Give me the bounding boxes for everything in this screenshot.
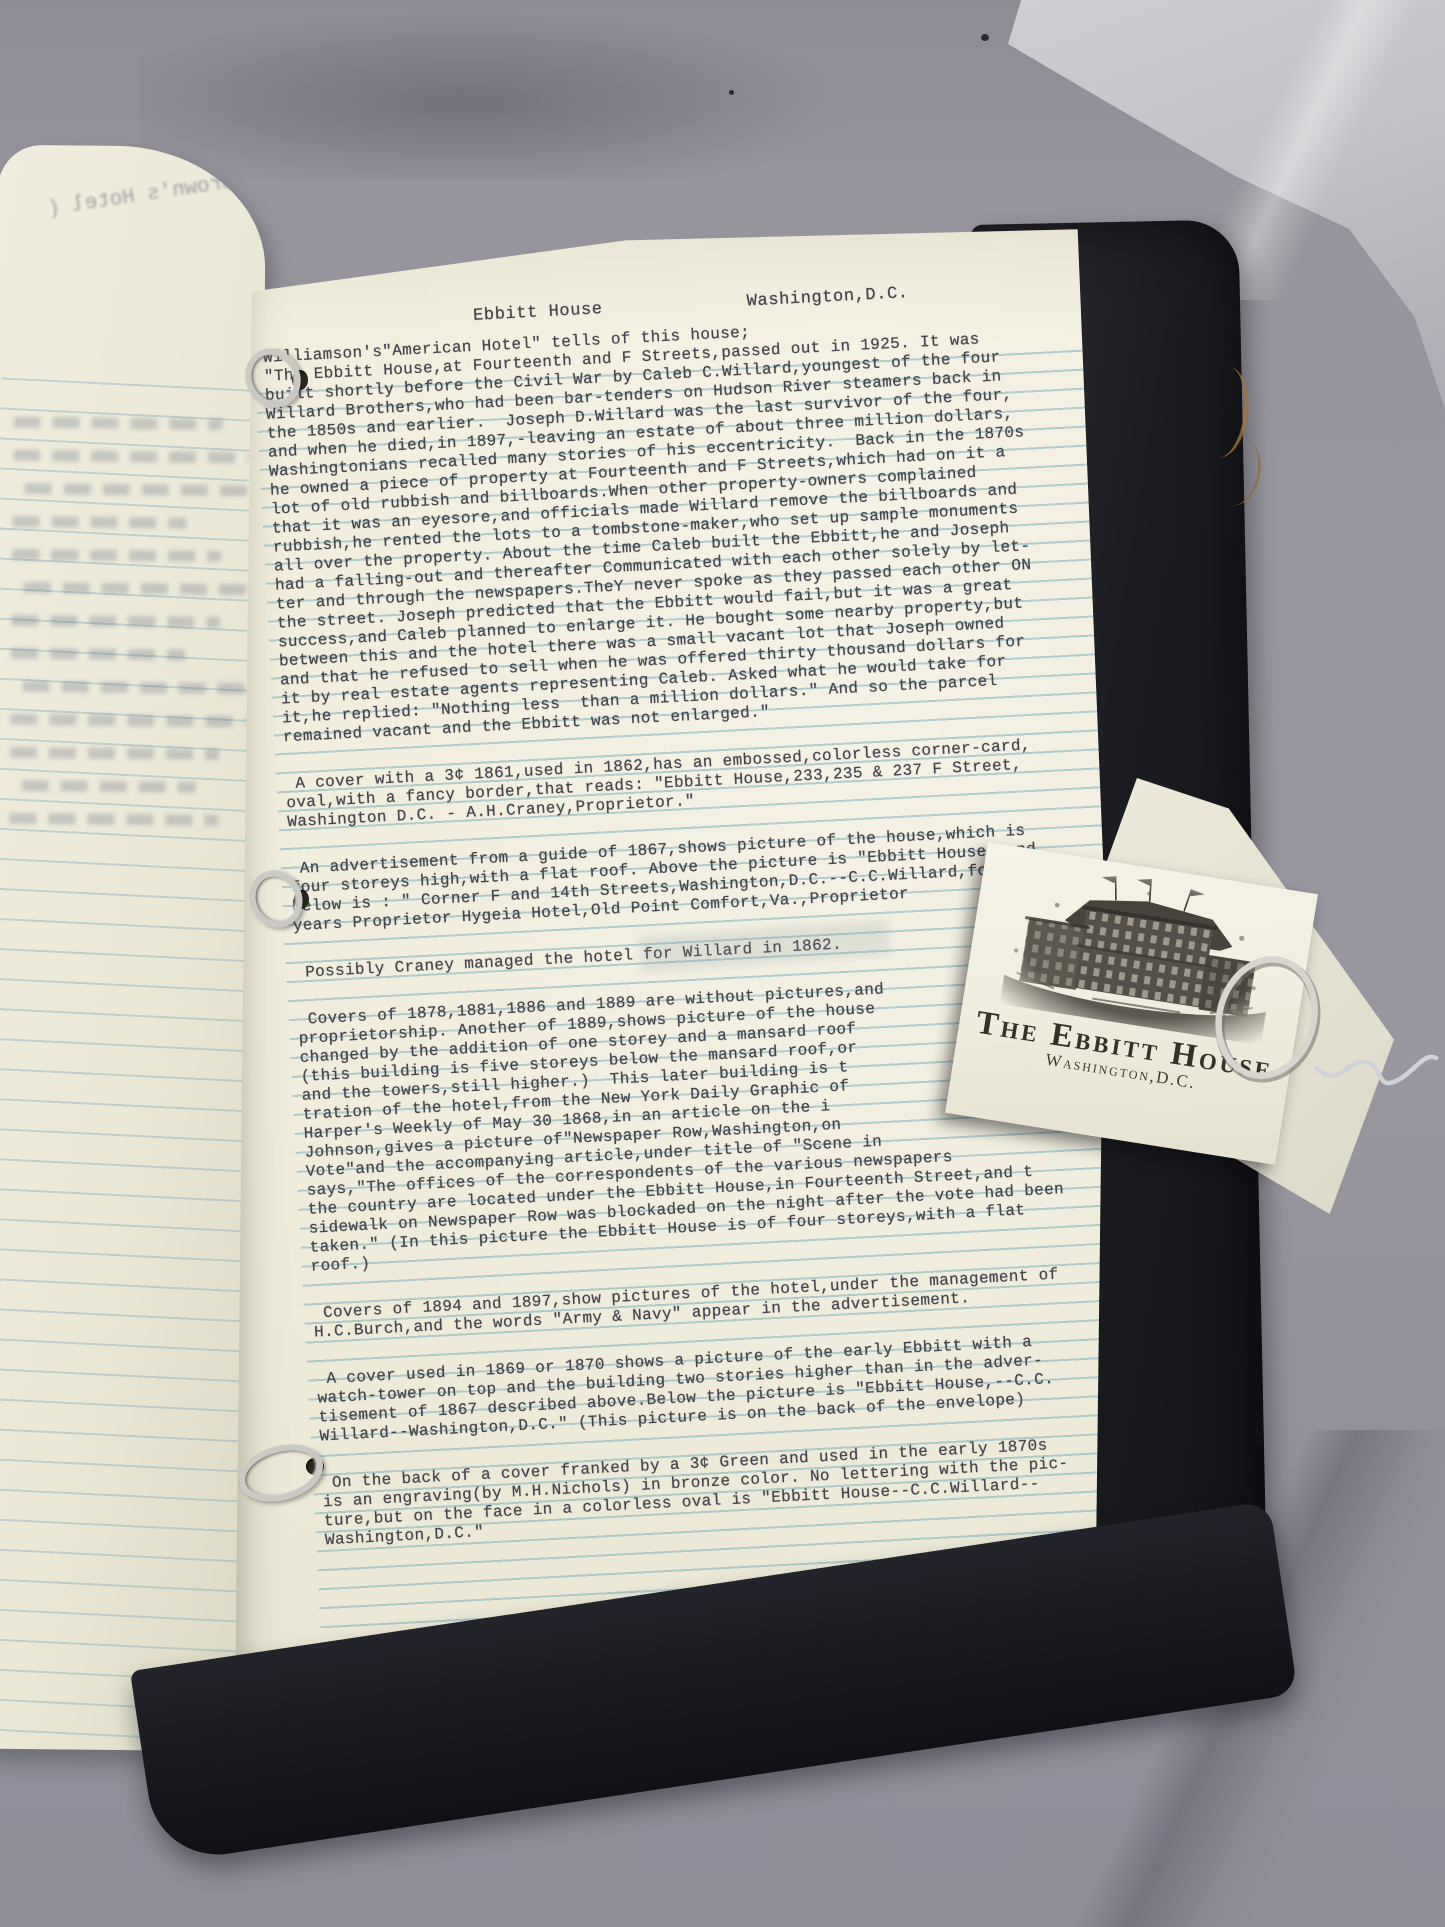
dust-speck [981,34,989,41]
ghost-text-row [10,714,246,727]
paragraph: Williamson's"American Hotel" tells of th… [263,305,1129,748]
photo-scene: Brown's Hotel ( Ebbitt House Washington,… [0,0,1445,1927]
metal-ring-clip [1198,940,1445,1125]
ghost-text-row [23,681,259,694]
paragraph: A cover used in 1869 or 1870 shows a pic… [316,1326,1165,1446]
ghost-text-row [24,582,260,595]
ghost-text-row [12,549,221,562]
ghost-text-row [10,747,219,760]
page-location: Washington,D.C. [746,284,909,311]
wire-flourish [1316,1057,1436,1083]
background-shadow [140,10,860,180]
paragraph: Covers of 1894 and 1897,show pictures of… [313,1260,1160,1342]
paragraph: On the back of a cover franked by a 3¢ G… [322,1430,1171,1550]
paragraph: A cover with a 3¢ 1861,used in 1862,has … [285,731,1133,832]
ghost-text-row [9,813,218,826]
ghost-text-row [11,615,220,628]
ghost-text-row [12,516,186,529]
dust-speck [729,90,734,95]
page-title: Ebbitt House [473,300,603,326]
ghost-text-row [11,648,185,661]
ghost-text-row [22,780,196,793]
ghost-text-row [13,450,249,463]
ghost-text-row [25,483,261,496]
left-notebook-page: Brown's Hotel ( [0,145,266,1752]
ghost-text-row [13,417,222,430]
ghost-text-mirrored: Brown's Hotel ( [5,171,236,227]
